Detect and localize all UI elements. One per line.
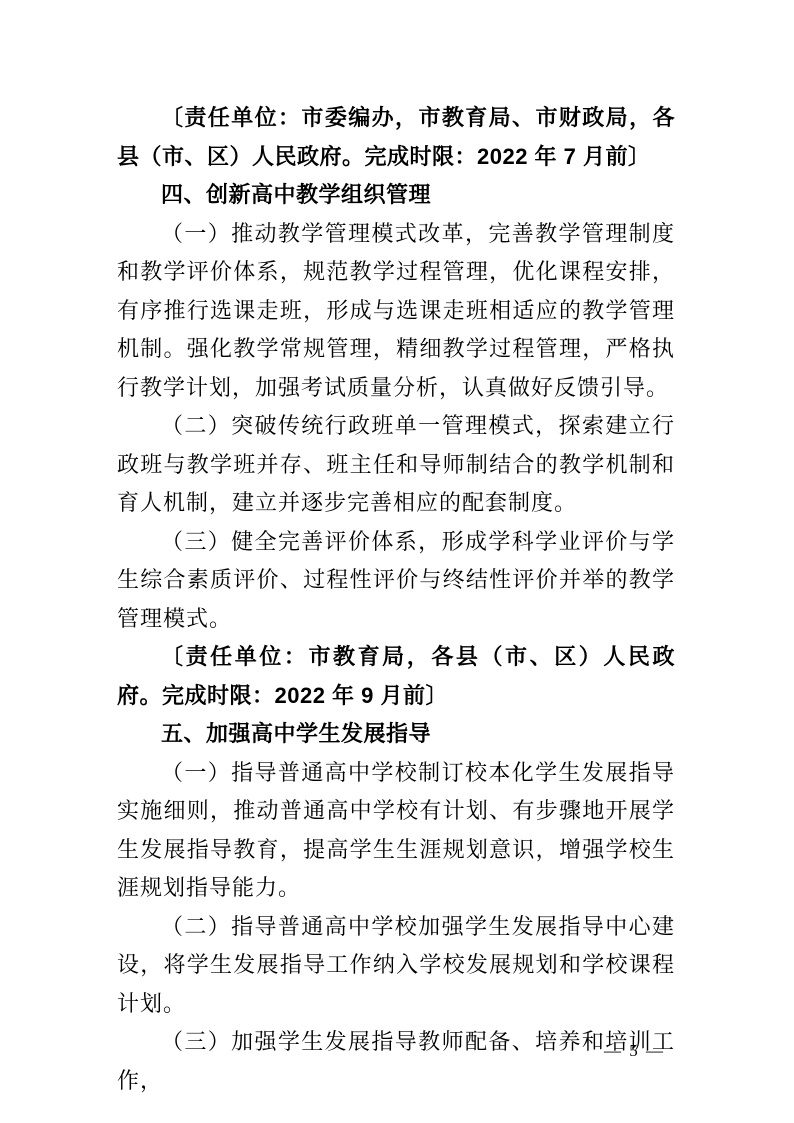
paragraph-4-3: （三）健全完善评价体系，形成学科学业评价与学生综合素质评价、过程性评价与终结性评… [117, 523, 675, 639]
paragraph-5-2: （二）指导普通高中学校加强学生发展指导中心建设，将学生发展指导工作纳入学校发展规… [117, 908, 675, 1024]
paragraph-5-3: （三）加强学生发展指导教师配备、培养和培训工作， [117, 1023, 675, 1100]
document-page: 〔责任单位：市委编办，市教育局、市财政局，各县（市、区）人民政府。完成时限：20… [0, 0, 794, 1123]
section-heading-4: 四、创新高中教学组织管理 [117, 176, 675, 215]
paragraph-4-1: （一）推动教学管理模式改革，完善教学管理制度和教学评价体系，规范教学过程管理，优… [117, 215, 675, 408]
section-heading-5: 五、加强高中学生发展指导 [117, 715, 675, 754]
paragraph-4-2: （二）突破传统行政班单一管理模式，探索建立行政班与教学班并存、班主任和导师制结合… [117, 407, 675, 523]
responsibility-note-july: 〔责任单位：市委编办，市教育局、市财政局，各县（市、区）人民政府。完成时限：20… [117, 99, 675, 176]
document-body: 〔责任单位：市委编办，市教育局、市财政局，各县（市、区）人民政府。完成时限：20… [117, 99, 675, 1100]
responsibility-note-september: 〔责任单位：市教育局，各县（市、区）人民政府。完成时限：2022 年 9 月前〕 [117, 638, 675, 715]
paragraph-5-1: （一）指导普通高中学校制订校本化学生发展指导实施细则，推动普通高中学校有计划、有… [117, 754, 675, 908]
page-number: — 5 — [604, 1041, 665, 1061]
